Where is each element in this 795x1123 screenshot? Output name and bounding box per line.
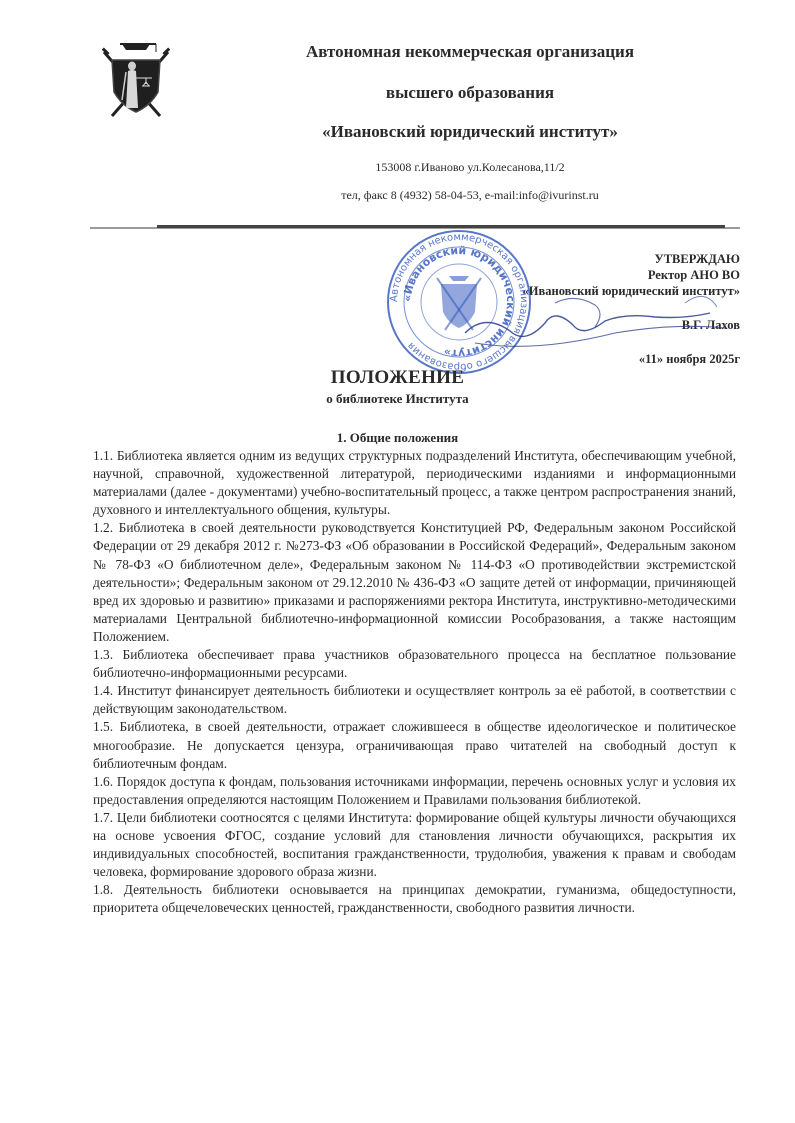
paragraph-1-3: 1.3. Библиотека обеспечивает права участ…	[93, 646, 736, 682]
org-address: 153008 г.Иваново ул.Колесанова,11/2	[230, 160, 710, 175]
paragraph-1-2: 1.2. Библиотека в своей деятельности рук…	[93, 519, 736, 646]
org-contact: тел, факс 8 (4932) 58-04-53, e-mail:info…	[230, 188, 710, 203]
document-subtitle: о библиотеке Института	[0, 391, 795, 407]
handwritten-signature-icon	[455, 283, 745, 363]
paragraph-1-1: 1.1. Библиотека является одним из ведущи…	[93, 447, 736, 519]
paragraph-1-4: 1.4. Институт финансирует деятельность б…	[93, 682, 736, 718]
institute-logo	[100, 38, 172, 118]
paragraph-1-7: 1.7. Цели библиотеки соотносятся с целям…	[93, 809, 736, 881]
paragraph-1-5: 1.5. Библиотека, в своей деятельности, о…	[93, 718, 736, 772]
approval-label: УТВЕРЖДАЮ	[523, 251, 740, 267]
section-heading: 1. Общие положения	[0, 430, 795, 446]
org-name-line3: «Ивановский юридический институт»	[230, 122, 710, 142]
rector-signature	[455, 283, 745, 363]
paragraph-1-6: 1.6. Порядок доступа к фондам, пользован…	[93, 773, 736, 809]
themis-shield-crest-icon	[100, 38, 172, 118]
org-name-line2: высшего образования	[230, 83, 710, 103]
paragraph-1-8: 1.8. Деятельность библиотеки основываетс…	[93, 881, 736, 917]
document-body: 1.1. Библиотека является одним из ведущи…	[93, 447, 736, 917]
approval-position: Ректор АНО ВО	[523, 267, 740, 283]
org-name-line1: Автономная некоммерческая организация	[230, 42, 710, 62]
document-title: ПОЛОЖЕНИЕ	[0, 367, 795, 389]
